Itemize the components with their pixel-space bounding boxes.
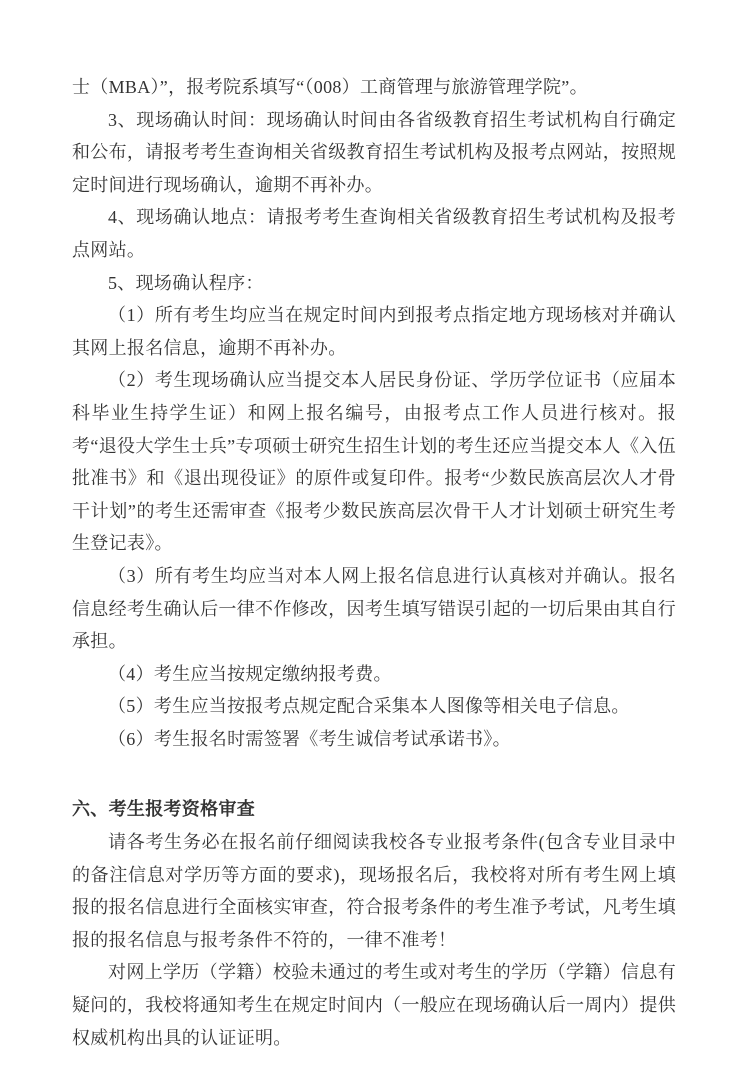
paragraph-procedure-item-5: （5）考生应当按报考点规定配合采集本人图像等相关电子信息。 bbox=[72, 690, 676, 723]
paragraph-confirm-place: 4、现场确认地点：请报考考生查询相关省级教育招生考试机构及报考点网站。 bbox=[72, 201, 676, 266]
paragraph-confirm-procedure: 5、现场确认程序： bbox=[72, 267, 676, 300]
paragraph-continuation: 士（MBA）”，报考院系填写“（008）工商管理与旅游管理学院”。 bbox=[72, 71, 676, 104]
paragraph-procedure-item-2: （2）考生现场确认应当提交本人居民身份证、学历学位证书（应届本科毕业生持学生证）… bbox=[72, 364, 676, 560]
section-heading: 六、考生报考资格审查 bbox=[72, 793, 676, 826]
paragraph-qualification-review: 请各考生务必在报名前仔细阅读我校各专业报考条件(包含专业目录中的备注信息对学历等… bbox=[72, 826, 676, 956]
paragraph-confirm-time: 3、现场确认时间：现场确认时间由各省级教育招生考试机构自行确定和公布，请报考考生… bbox=[72, 104, 676, 202]
paragraph-procedure-item-6: （6）考生报名时需签署《考生诚信考试承诺书》。 bbox=[72, 723, 676, 756]
document-page: 士（MBA）”，报考院系填写“（008）工商管理与旅游管理学院”。 3、现场确认… bbox=[0, 0, 750, 1074]
paragraph-procedure-item-3: （3）所有考生均应当对本人网上报名信息进行认真核对并确认。报名信息经考生确认后一… bbox=[72, 560, 676, 658]
paragraph-verification-notice: 对网上学历（学籍）校验未通过的考生或对考生的学历（学籍）信息有疑问的，我校将通知… bbox=[72, 956, 676, 1054]
paragraph-procedure-item-1: （1）所有考生均应当在规定时间内到报考点指定地方现场核对并确认其网上报名信息，逾… bbox=[72, 299, 676, 364]
paragraph-procedure-item-4: （4）考生应当按规定缴纳报考费。 bbox=[72, 658, 676, 691]
